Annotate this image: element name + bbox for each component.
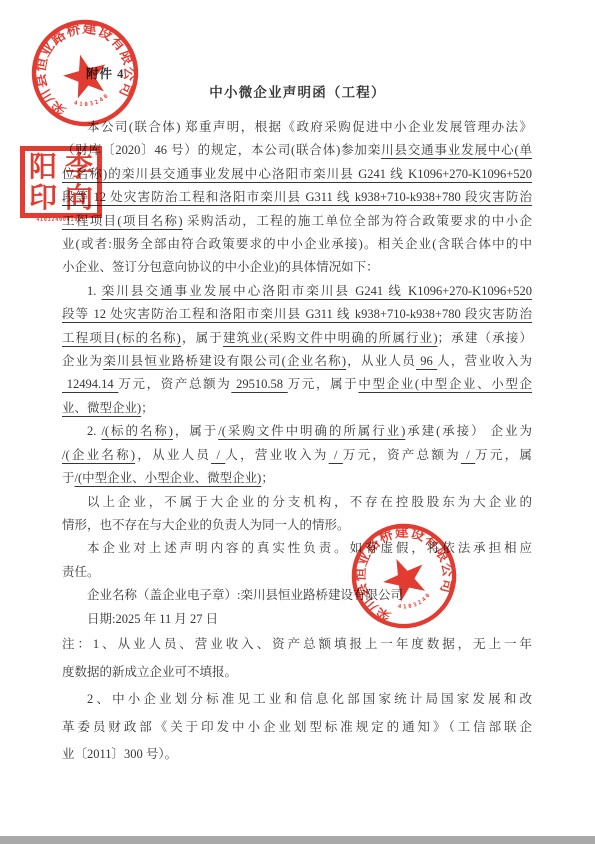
text-segment: 万元，资产总额为 <box>343 448 461 462</box>
document-line: /(企业名称)，从业人员 / 人，营业收入为 / 万元，资产总额为 / 万元，属 <box>62 444 532 467</box>
text-segment: 企业为 <box>62 354 103 368</box>
svg-text:栾川县恒业路桥建设有限公司: 栾川县恒业路桥建设有限公司 <box>20 8 147 124</box>
text-segment: 万元，属 <box>475 448 532 462</box>
filled-blank: /(标的名称) <box>101 424 173 438</box>
text-segment: 小企业、签订分包意向协议的中小企业)的具体情况如下： <box>62 260 379 274</box>
text-segment: ，属于 <box>181 331 223 345</box>
document-line: 责任。 <box>62 561 532 584</box>
document-line: 情形，也不存在与大企业的负责人为同一人的情形。 <box>62 514 532 537</box>
document-line: 本公司(联合体) 郑重声明，根据《政府采购促进中小企业发展管理办法》 <box>62 116 532 139</box>
text-segment: 企业名称（盖企业电子章）:栾川县恒业路桥建设有限公司 <box>87 588 403 602</box>
text-segment: 业〔2011〕300 号）。 <box>62 747 177 761</box>
text-segment: 万元，属于 <box>288 377 359 391</box>
filled-blank: /(采购文件中明确的所属行业) <box>218 424 405 438</box>
filled-blank: 栾川县恒业路桥建设有限公司(企业名称) <box>103 354 346 368</box>
document-line: 12494.14 万元，资产总额为 29510.58 万元，属于中型企业(中型企… <box>62 373 532 396</box>
filled-blank: 段等 12 处灾害防治工程和洛阳市栾川县 G311 线 k938+710-k93… <box>62 307 532 321</box>
text-segment: 日期:2025 年 11 月 27 日 <box>87 612 218 626</box>
filled-blank: 建筑业(采购文件中明确的所属行业) <box>223 331 437 345</box>
document-line: 位名称)的栾川县交通事业发展中心洛阳市栾川县 G241 线 K1096+270-… <box>62 163 532 186</box>
filled-blank: 川县交通事业发展中心(单 <box>381 143 532 157</box>
document-line: （财库〔2020〕46 号）的规定，本公司(联合体)参加栾川县交通事业发展中心(… <box>62 139 532 162</box>
filled-blank: 业、微型企业) <box>62 401 141 415</box>
document-line: 段等 12 处灾害防治工程和洛阳市栾川县 G311 线 k938+710-k93… <box>62 303 532 326</box>
document-line: 革委员财政部《关于印发中小企业划型标准规定的通知》（工信部联企 <box>62 714 532 742</box>
company-seal-top: 栾川县恒业路桥建设有限公司 4103240002198 <box>20 17 150 129</box>
page-title: 中小微企业声明函（工程） <box>0 81 595 101</box>
document-line: 度数据的新成立企业可不填报。 <box>62 659 532 687</box>
filled-blank: 12494.14 <box>62 377 118 391</box>
filled-blank: / <box>329 448 343 462</box>
text-segment: ； <box>141 401 154 415</box>
filled-blank: 栾川县交通事业发展中心洛阳市栾川县 G241 线 K1096+270-K1096… <box>102 284 532 298</box>
text-segment: 责任。 <box>62 565 100 579</box>
document-body: 本公司(联合体) 郑重声明，根据《政府采购促进中小企业发展管理办法》（财库〔20… <box>62 116 532 769</box>
filled-blank: 段等 12 处灾害防治工程和洛阳市栾川县 G311 线 k938+710-k93… <box>62 190 532 204</box>
document-line: 1. 栾川县交通事业发展中心洛阳市栾川县 G241 线 K1096+270-K1… <box>62 280 532 303</box>
document-line: 工程项目(项目名称) 采购活动，工程的施工单位全部为符合政策要求的中小企 <box>62 210 532 233</box>
text-segment: 万元，资产总额为 <box>118 377 231 391</box>
text-segment: 本企业对上述声明内容的真实性负责。如有虚假，将依法承担相应 <box>87 541 532 555</box>
filled-blank: 工程项目(标的名称) <box>62 331 181 345</box>
text-segment: ，属于 <box>173 424 218 438</box>
page-bottom-edge <box>0 836 595 844</box>
text-segment: （财库〔2020〕46 号）的规定，本公司(联合体)参加栾 <box>62 143 381 157</box>
text-segment: 度数据的新成立企业可不填报。 <box>62 665 237 679</box>
name-seal-char: 印 <box>25 182 61 213</box>
text-segment: 革委员财政部《关于印发中小企业划型标准规定的通知》（工信部联企 <box>62 720 532 734</box>
company-seal-graphic: 栾川县恒业路桥建设有限公司 4103240002198 <box>20 17 150 129</box>
filled-blank: 中型企业(中型企业、小型企 <box>358 377 532 391</box>
text-segment: 人，营业收入为 <box>225 448 328 462</box>
text-segment: 本公司(联合体) 郑重声明，根据《政府采购促进中小企业发展管理办法》 <box>87 120 532 134</box>
document-line: 日期:2025 年 11 月 27 日 <box>62 608 532 631</box>
document-line: 小企业、签订分包意向协议的中小企业)的具体情况如下： <box>62 256 532 279</box>
filled-blank: 96 <box>416 354 437 368</box>
document-line: 以上企业，不属于大企业的分支机构，不存在控股股东为大企业的 <box>62 491 532 514</box>
document-line: 本企业对上述声明内容的真实性负责。如有虚假，将依法承担相应 <box>62 537 532 560</box>
text-segment: ；承建（承接） <box>437 331 532 345</box>
document-line: 业(或者:服务全部由符合政策要求的中小企业承接)。相关企业(含联合体中的中 <box>62 233 532 256</box>
filled-blank: 工程项目(项目名称) <box>62 214 183 228</box>
filled-blank: 29510.58 <box>231 377 287 391</box>
filled-blank: 位名称)的栾川县交通事业发展中心洛阳市栾川县 G241 线 K1096+270-… <box>62 167 532 181</box>
document-line: 2. /(标的名称)，属于/(采购文件中明确的所属行业)承建(承接） 企业为 <box>62 420 532 443</box>
filled-blank: / <box>461 448 475 462</box>
document-line: 2、中小企业划分标准见工业和信息化部国家统计局国家发展和改 <box>62 686 532 714</box>
document-line: 企业名称（盖企业电子章）:栾川县恒业路桥建设有限公司 <box>62 584 532 607</box>
text-segment: 采购活动，工程的施工单位全部为符合政策要求的中小企 <box>183 214 532 228</box>
text-segment: ，从业人员 <box>346 354 416 368</box>
filled-blank: /(企业名称) <box>62 448 135 462</box>
document-line: 注：1、从业人员、营业收入、资产总额填报上一年度数据，无上一年 <box>62 631 532 659</box>
document-line: 业〔2011〕300 号）。 <box>62 741 532 769</box>
text-segment: 2、中小企业划分标准见工业和信息化部国家统计局国家发展和改 <box>87 692 532 706</box>
document-line: 业、微型企业)； <box>62 397 532 420</box>
text-segment: ，从业人员 <box>135 448 211 462</box>
text-segment: 1. <box>87 284 102 298</box>
text-segment: 2. <box>87 424 101 438</box>
text-segment: ； <box>261 471 274 485</box>
text-segment: 人，营业收入为 <box>437 354 532 368</box>
text-segment: 情形，也不存在与大企业的负责人为同一人的情形。 <box>62 518 350 532</box>
text-segment: 以上企业，不属于大企业的分支机构，不存在控股股东为大企业的 <box>87 495 532 509</box>
name-seal-char: 阳 <box>25 151 61 182</box>
filled-blank: /(中型企业、小型企业、微型企业) <box>75 471 262 485</box>
document-line: 企业为栾川县恒业路桥建设有限公司(企业名称)，从业人员 96 人，营业收入为 <box>62 350 532 373</box>
text-segment: 承建(承接） 企业为 <box>405 424 532 438</box>
text-segment: 注：1、从业人员、营业收入、资产总额填报上一年度数据，无上一年 <box>62 637 532 651</box>
document-line: 于/(中型企业、小型企业、微型企业)； <box>62 467 532 490</box>
document-line: 段等 12 处灾害防治工程和洛阳市栾川县 G311 线 k938+710-k93… <box>62 186 532 209</box>
text-segment: 业(或者:服务全部由符合政策要求的中小企业承接)。相关企业(含联合体中的中 <box>62 237 532 251</box>
filled-blank: / <box>211 448 225 462</box>
text-segment: 于 <box>62 471 75 485</box>
attachment-label: 附件 4 <box>86 64 124 82</box>
seal-company-name: 栾川县恒业路桥建设有限公司 <box>20 8 147 124</box>
document-line: 工程项目(标的名称)，属于建筑业(采购文件中明确的所属行业)；承建（承接） <box>62 327 532 350</box>
